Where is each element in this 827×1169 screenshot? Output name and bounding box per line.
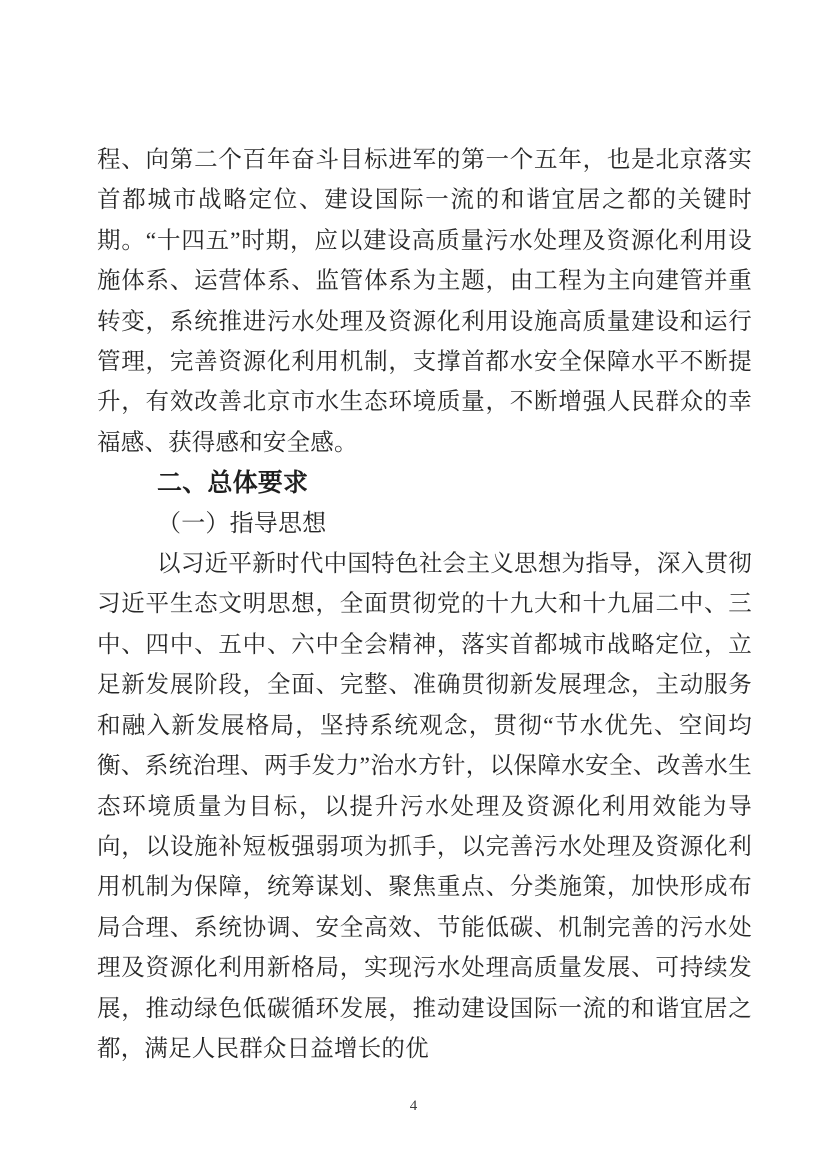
section-heading: 二、总体要求: [97, 463, 752, 503]
document-page: 程、向第二个百年奋斗目标进军的第一个五年，也是北京落实首都城市战略定位、建设国际…: [0, 0, 827, 1169]
subsection-heading: （一）指导思想: [97, 504, 752, 544]
paragraph-continued-from-previous-page: 程、向第二个百年奋斗目标进军的第一个五年，也是北京落实首都城市战略定位、建设国际…: [97, 140, 752, 463]
page-number: 4: [0, 1098, 827, 1115]
document-body: 程、向第二个百年奋斗目标进军的第一个五年，也是北京落实首都城市战略定位、建设国际…: [97, 140, 752, 1069]
paragraph-guiding-ideology: 以习近平新时代中国特色社会主义思想为指导，深入贯彻习近平生态文明思想，全面贯彻党…: [97, 544, 752, 1069]
